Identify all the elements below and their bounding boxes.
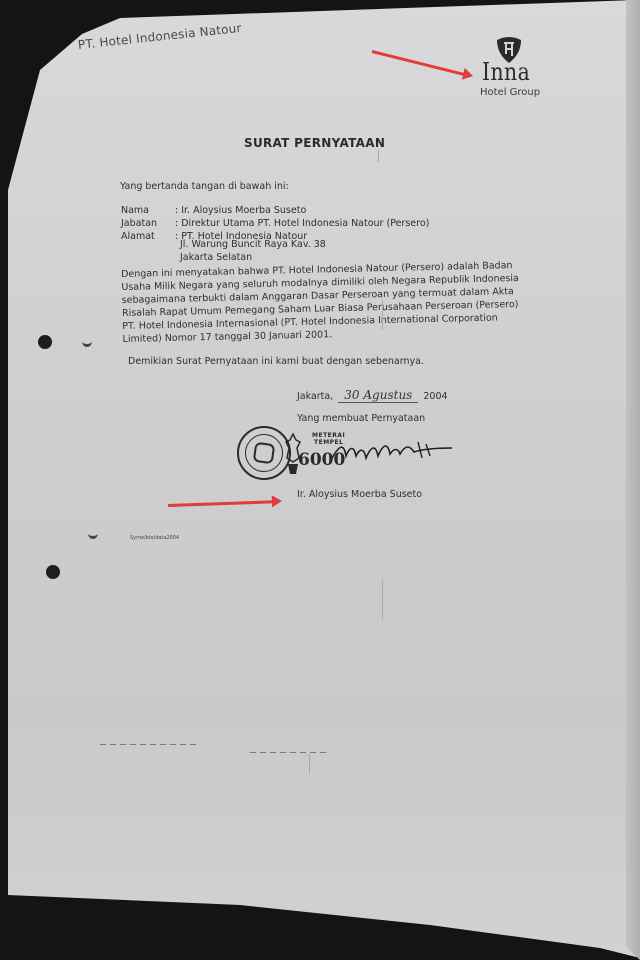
- footer-reference: Syme/bio/data2004: [130, 535, 179, 541]
- year: 2004: [423, 391, 447, 402]
- company-seal-icon: [237, 426, 291, 480]
- signer-name: Ir. Aloysius Moerba Suseto: [297, 488, 422, 501]
- punch-hole-shadow-icon: [88, 528, 98, 539]
- field-label: Alamat: [121, 230, 175, 243]
- punch-hole-icon: [46, 565, 60, 579]
- address-line: Jakarta Selatan: [180, 251, 326, 264]
- faint-print-line: [250, 752, 330, 753]
- closing-text: Demikian Surat Pernyataan ini kami buat …: [128, 355, 424, 368]
- logo-subtitle: Hotel Group: [480, 87, 540, 98]
- margin-mark: [382, 300, 383, 330]
- field-value: : Ir. Aloysius Moerba Suseto: [175, 204, 306, 217]
- address-line: Jl. Warung Buncit Raya Kav. 38: [180, 238, 326, 251]
- punch-hole-icon: [38, 335, 52, 349]
- field-label: Jabatan: [121, 217, 175, 230]
- statement-body: Dengan ini menyatakan bahwa PT. Hotel In…: [121, 259, 521, 346]
- handwritten-date: 30 Agustus: [338, 389, 418, 403]
- place-date: Jakarta, 30 Agustus 2004: [297, 389, 448, 403]
- intro-text: Yang bertanda tangan di bawah ini:: [120, 180, 289, 193]
- logo-brand: Inna: [482, 58, 530, 86]
- place: Jakarta,: [297, 391, 333, 402]
- punch-hole-shadow-icon: [82, 336, 92, 347]
- field-value: : Direktur Utama PT. Hotel Indonesia Nat…: [175, 217, 429, 230]
- faint-print-line: [100, 744, 200, 745]
- field-label: Nama: [121, 204, 175, 217]
- field-nama: Nama : Ir. Aloysius Moerba Suseto: [121, 204, 429, 217]
- margin-mark: [309, 754, 310, 774]
- document-title: SURAT PERNYATAAN: [244, 136, 385, 150]
- maker-label: Yang membuat Pernyataan: [297, 412, 425, 425]
- handwritten-signature-icon: [330, 436, 454, 466]
- address-lines: Jl. Warung Buncit Raya Kav. 38 Jakarta S…: [180, 238, 326, 264]
- margin-mark: [382, 580, 383, 620]
- field-jabatan: Jabatan : Direktur Utama PT. Hotel Indon…: [121, 217, 429, 230]
- margin-mark: [378, 150, 379, 162]
- seal-emblem: [253, 442, 276, 465]
- paper-stack-edge: [626, 0, 640, 960]
